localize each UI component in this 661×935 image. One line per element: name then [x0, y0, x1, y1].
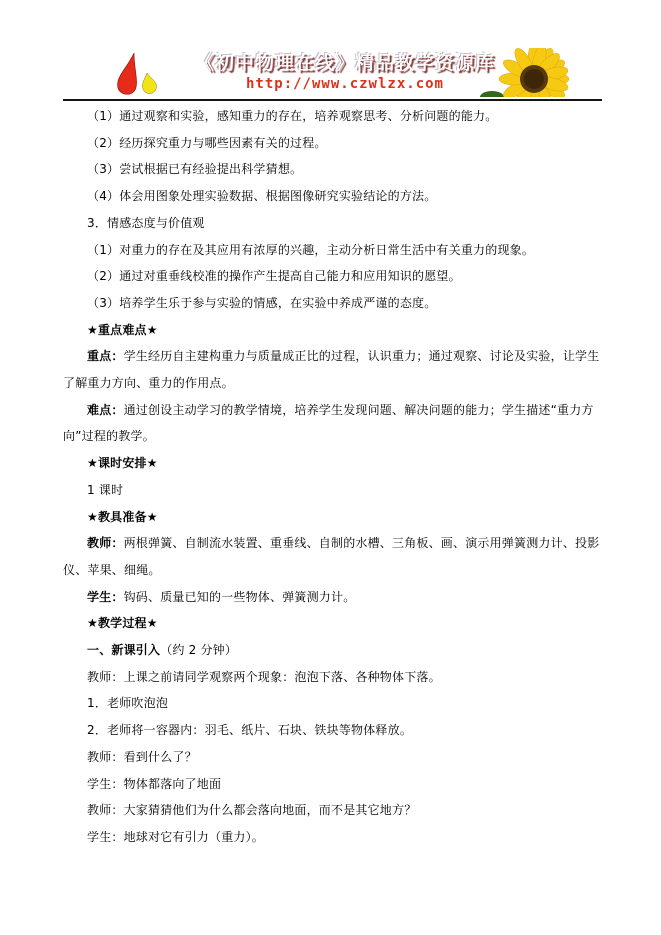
paragraph: 教师：看到什么了？ [63, 744, 602, 771]
paragraph: （2）通过对重垂线校准的操作产生提高自己能力和应用知识的愿望。 [63, 263, 602, 290]
paragraph: ★教具准备★ [63, 504, 602, 531]
paragraph: 3．情感态度与价值观 [63, 210, 602, 237]
paragraph: 学生：物体都落向了地面 [63, 771, 602, 798]
document-body: （1）通过观察和实验，感知重力的存在，培养观察思考、分析问题的能力。（2）经历探… [63, 103, 602, 851]
paragraph: 2．老师将一容器内：羽毛、纸片、石块、铁块等物体释放。 [63, 717, 602, 744]
paragraph: 教师：两根弹簧、自制流水装置、重垂线、自制的水槽、三角板、画、演示用弹簧测力计、… [63, 530, 602, 583]
paragraph: ★课时安排★ [63, 450, 602, 477]
paragraph: ★教学过程★ [63, 610, 602, 637]
paragraph: 难点：通过创设主动学习的教学情境，培养学生发现问题、解决问题的能力；学生描述“重… [63, 397, 602, 450]
sunflower-icon [478, 48, 574, 97]
paragraph: （3）培养学生乐于参与实验的情感，在实验中养成严谨的态度。 [63, 290, 602, 317]
paragraph: 重点：学生经历自主建构重力与质量成正比的过程，认识重力；通过观察、讨论及实验，让… [63, 343, 602, 396]
paragraph: 学生：钩码、质量已知的一些物体、弹簧测力计。 [63, 584, 602, 611]
header-divider [63, 99, 602, 101]
site-logo-icon [109, 51, 167, 97]
paragraph: （4）体会用图象处理实验数据、根据图像研究实验结论的方法。 [63, 183, 602, 210]
paragraph: （2）经历探究重力与哪些因素有关的过程。 [63, 130, 602, 157]
banner-title: 《初中物理在线》精品教学资源库 [175, 52, 515, 74]
banner-url-link[interactable]: http://www.czwlzx.com [175, 76, 515, 92]
paragraph: 1．老师吹泡泡 [63, 690, 602, 717]
paragraph: 1 课时 [63, 477, 602, 504]
paragraph: 教师：上课之前请同学观察两个现象：泡泡下落、各种物体下落。 [63, 664, 602, 691]
paragraph: ★重点难点★ [63, 317, 602, 344]
paragraph: （3）尝试根据已有经验提出科学猜想。 [63, 156, 602, 183]
paragraph: （1）通过观察和实验，感知重力的存在，培养观察思考、分析问题的能力。 [63, 103, 602, 130]
paragraph: 教师：大家猜猜他们为什么都会落向地面，而不是其它地方？ [63, 797, 602, 824]
site-header-banner: 《初中物理在线》精品教学资源库 http://www.czwlzx.com [63, 48, 578, 97]
paragraph: 学生：地球对它有引力（重力）。 [63, 824, 602, 851]
paragraph: 一、新课引入（约 2 分钟） [63, 637, 602, 664]
paragraph: （1）对重力的存在及其应用有浓厚的兴趣，主动分析日常生活中有关重力的现象。 [63, 237, 602, 264]
